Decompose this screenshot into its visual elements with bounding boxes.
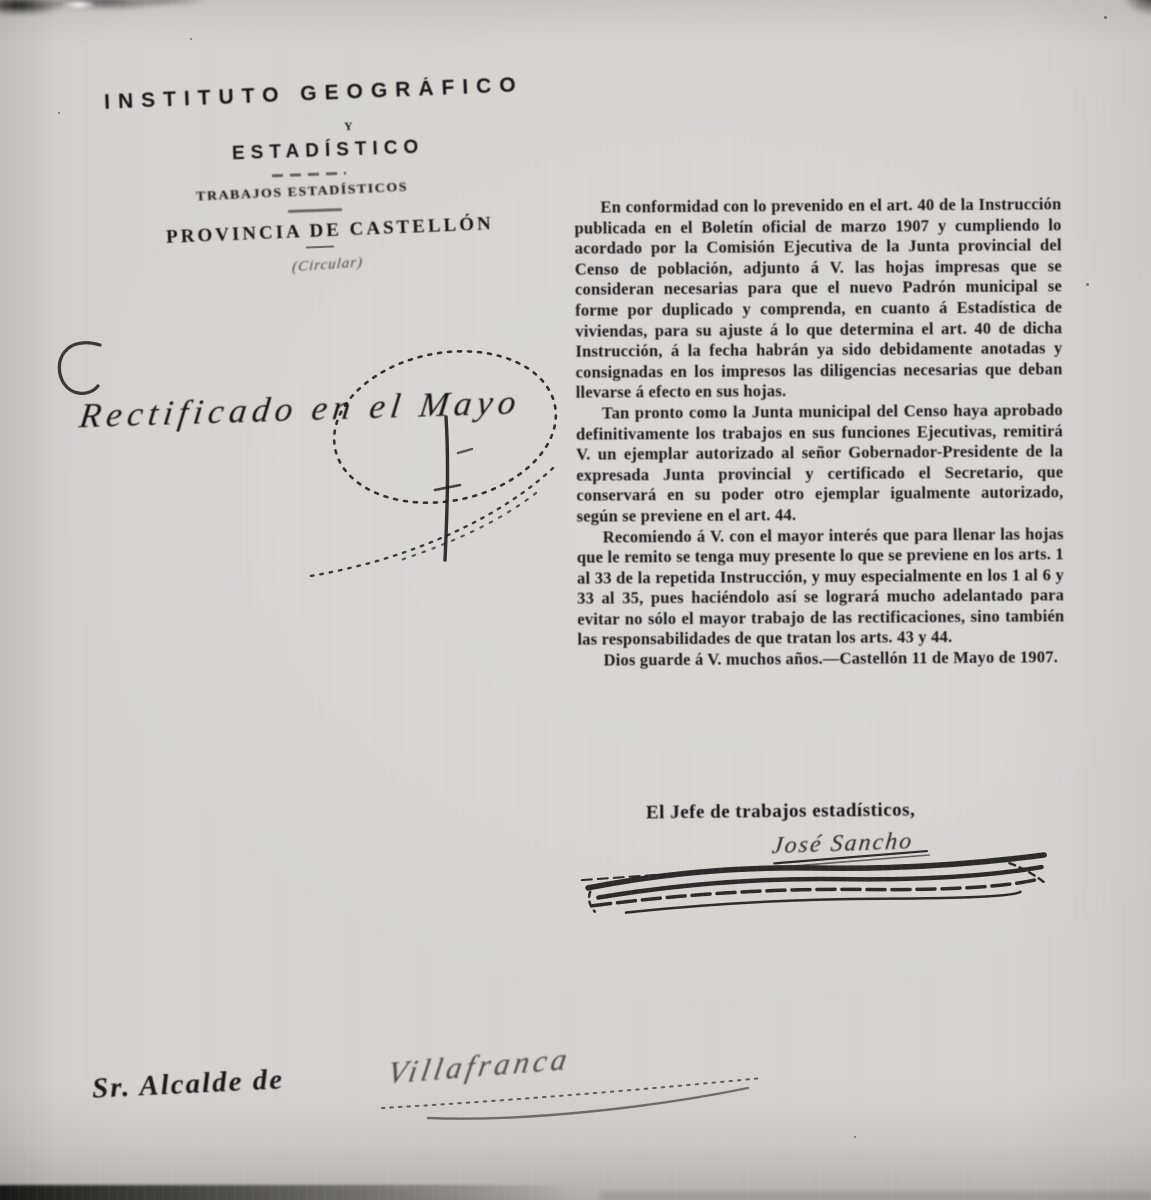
addressee-label: Sr. Alcalde de <box>91 1063 284 1105</box>
letter-closing-line: El Jefe de trabajos estadísticos, <box>646 800 915 825</box>
letterhead-department-underline <box>288 208 342 212</box>
letterhead-circular-subtitle: (Circular) <box>291 254 363 276</box>
letterhead-institute-line2: ESTADÍSTICO <box>232 137 425 166</box>
letter-paragraph: Tan pronto como la Junta municipal del C… <box>576 400 1064 527</box>
letter-paragraph: En conformidad con lo prevenido en el ar… <box>574 194 1062 403</box>
letterhead-province-de-underline <box>306 246 334 249</box>
scan-artifact-white-blob <box>54 0 104 13</box>
scan-speck <box>190 38 192 40</box>
scan-speck <box>58 112 60 114</box>
scan-speck <box>1086 283 1089 286</box>
letterhead-institute-line1: INSTITUTO GEOGRÁFICO <box>104 73 524 115</box>
scan-speck <box>854 1136 856 1138</box>
annotation-left-flourish-mark <box>48 335 106 407</box>
letter-paragraph: Recomiendo á V. con el mayor interés que… <box>577 524 1065 651</box>
addressee-underline-flourish <box>370 1072 770 1128</box>
letter-body: En conformidad con lo prevenido en el ar… <box>574 194 1064 671</box>
scan-speck <box>1104 16 1107 19</box>
signature-rubric-flourish <box>579 846 1050 920</box>
letter-paragraph: Dios guarde á V. muchos años.—Castellón … <box>578 647 1065 671</box>
scan-artifact-top-right-mark <box>1122 0 1151 17</box>
letterhead-province: PROVINCIA DE CASTELLÓN <box>166 213 494 249</box>
scan-shadow-bottom <box>0 1140 1151 1200</box>
scanned-letter-page: INSTITUTO GEOGRÁFICO Y ESTADÍSTICO TRABA… <box>0 0 1151 1200</box>
letterhead-department: TRABAJOS ESTADÍSTICOS <box>196 181 409 205</box>
dotted-circle-annotation-mark <box>300 335 600 585</box>
letterhead-dash-rule <box>272 172 346 178</box>
letterhead-conjunction: Y <box>344 119 353 134</box>
scan-artifact-top-left-smudge <box>0 0 209 31</box>
